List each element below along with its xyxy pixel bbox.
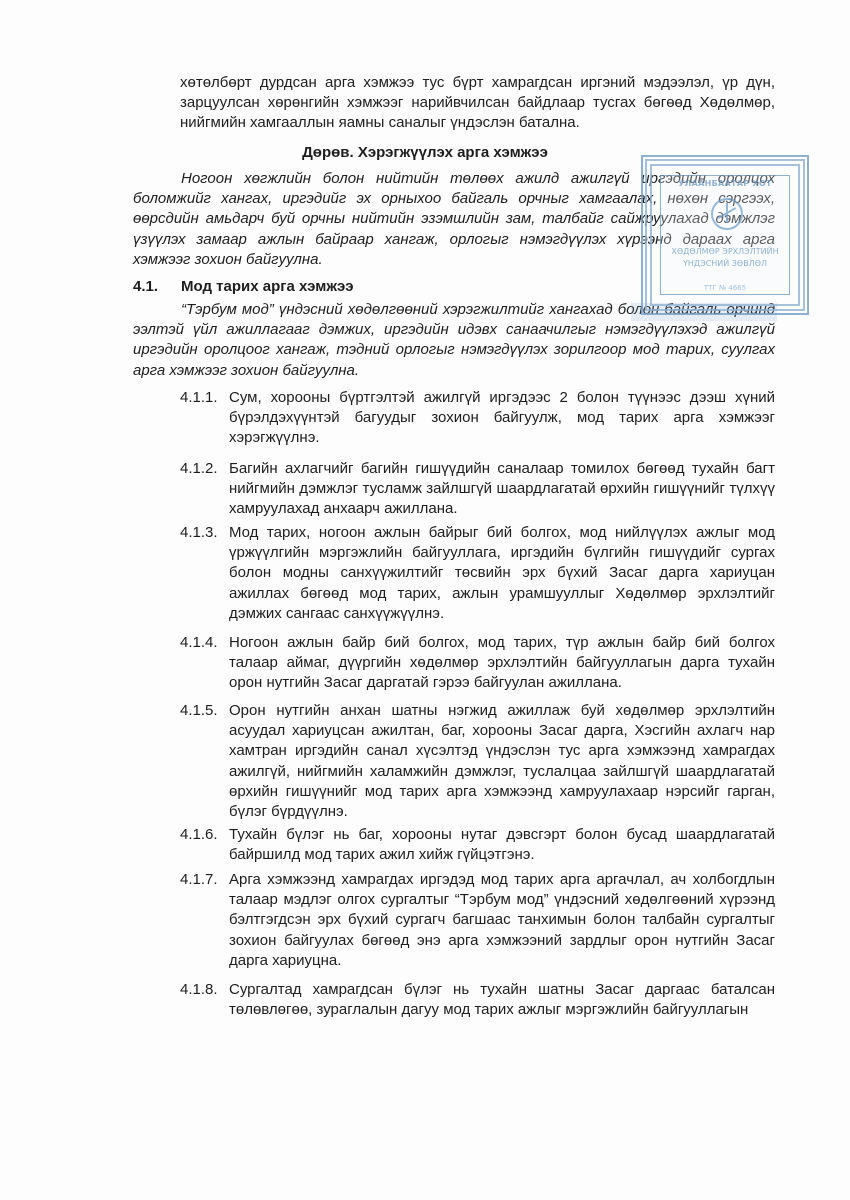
- item-number: 4.1.1.: [180, 388, 218, 408]
- item-number: 4.1.6.: [180, 825, 218, 845]
- item-text: Тухайн бүлэг нь баг, хорооны нутаг дэвсг…: [229, 825, 775, 865]
- chapter-heading: Дөрөв. Хэрэгжүүлэх арга хэмжээ: [0, 143, 850, 163]
- list-item: 4.1.8. Сургалтад хамрагдсан бүлэг нь тух…: [180, 980, 775, 1020]
- list-item: 4.1.1. Сум, хорооны бүртгэлтэй ажилгүй и…: [180, 388, 775, 449]
- item-text: Сум, хорооны бүртгэлтэй ажилгүй иргэдээс…: [229, 388, 775, 449]
- item-number: 4.1.4.: [180, 633, 218, 653]
- list-item: 4.1.7. Арга хэмжээнд хамрагдах иргэдэд м…: [180, 870, 775, 971]
- item-number: 4.1.8.: [180, 980, 218, 1000]
- section-paragraph: “Тэрбум мод” үндэсний хөдөлгөөний хэрэгж…: [133, 300, 775, 381]
- document-page: хөтөлбөрт дурдсан арга хэмжээ тус бүрт х…: [0, 0, 850, 1200]
- section-number: 4.1.: [133, 277, 158, 297]
- stamp-registration: ТТГ № 4665: [661, 284, 789, 292]
- list-item: 4.1.2. Багийн ахлагчийг багийн гишүүдийн…: [180, 459, 775, 520]
- item-number: 4.1.3.: [180, 523, 218, 543]
- item-text: Мод тарих, ногоон ажлын байрыг бий болго…: [229, 523, 775, 624]
- section-title: Мод тарих арга хэмжээ: [181, 277, 354, 297]
- item-number: 4.1.5.: [180, 701, 218, 721]
- item-text: Багийн ахлагчийг багийн гишүүдийн санала…: [229, 459, 775, 520]
- item-text: Ногоон ажлын байр бий болгох, мод тарих,…: [229, 633, 775, 694]
- item-number: 4.1.7.: [180, 870, 218, 890]
- item-text: Орон нутгийн анхан шатны нэгжид ажиллаж …: [229, 701, 775, 822]
- intro-paragraph: хөтөлбөрт дурдсан арга хэмжээ тус бүрт х…: [180, 73, 775, 134]
- item-text: Сургалтад хамрагдсан бүлэг нь тухайн шат…: [229, 980, 775, 1020]
- item-text: Арга хэмжээнд хамрагдах иргэдэд мод тари…: [229, 870, 775, 971]
- list-item: 4.1.4. Ногоон ажлын байр бий болгох, мод…: [180, 633, 775, 694]
- chapter-paragraph: Ногоон хөгжлийн болон нийтийн төлөөх ажи…: [133, 169, 775, 270]
- item-number: 4.1.2.: [180, 459, 218, 479]
- list-item: 4.1.6. Тухайн бүлэг нь баг, хорооны нута…: [180, 825, 775, 865]
- list-item: 4.1.3. Мод тарих, ногоон ажлын байрыг би…: [180, 523, 775, 624]
- list-item: 4.1.5. Орон нутгийн анхан шатны нэгжид а…: [180, 701, 775, 822]
